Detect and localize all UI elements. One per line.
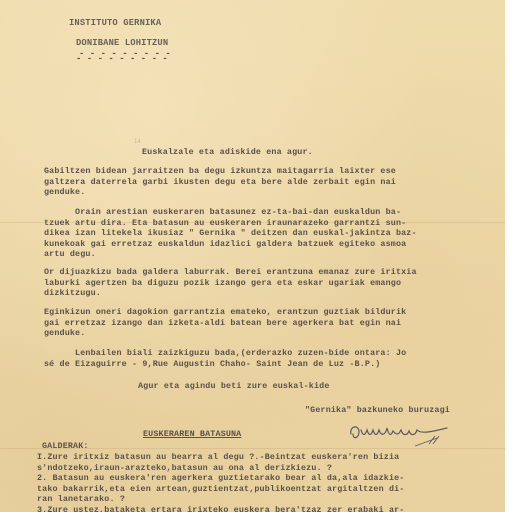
paragraph-line: Gabiltzen bidean jarraitzen ba degu izku… <box>44 166 396 177</box>
paragraph-line: Or dijuazkizu bada galdera laburrak. Ber… <box>44 267 417 278</box>
signature-title: "Gernika" bazkuneko buruzagi <box>305 405 450 416</box>
letterhead-institute: INSTITUTO GERNIKA <box>69 18 161 29</box>
paragraph-line: artu degu. <box>44 249 417 260</box>
paragraph-line: laburki agertzen ba diguzu pozik izango … <box>44 278 417 289</box>
question-line: 3.Zure ustez,bataketa ertara irixteko eu… <box>37 505 404 512</box>
question-line: tako bakarrik,eta eien artean,guztientza… <box>37 484 404 495</box>
question-line: ran lanetarako. ? <box>37 494 404 505</box>
question-line: 2. Batasun au euskera'ren agerkera guzti… <box>37 473 404 484</box>
questions-label: GALDERAK: <box>42 441 89 452</box>
paragraph-line: Eginkizun oneri dagokion garrantzia emat… <box>44 307 406 318</box>
section-title: EUSKERAREN BATASUNA <box>143 429 241 440</box>
paragraph-line: tzuek artu dira. Eta batasun au euskerar… <box>44 218 417 229</box>
paragraph-1: Gabiltzen bidean jarraitzen ba degu izku… <box>44 166 396 198</box>
paragraph-line: gai erretzaz izango dan izketa-aldi bate… <box>44 318 406 329</box>
paragraph-line: galtzera daterrela garbi ikusten degu et… <box>44 177 396 188</box>
paragraph-2: Orain arestian euskeraren batasunez ez-t… <box>44 207 417 260</box>
paragraph-4: Eginkizun oneri dagokion garrantzia emat… <box>44 307 406 339</box>
question-line: s'ndotzeko,iraun-arazteko,batasun au ona… <box>37 463 404 474</box>
paragraph-line: genduke. <box>44 187 396 198</box>
letterhead-city: DONIBANE LOHITZUN <box>76 38 168 49</box>
paragraph-line: dikea izan litekela ikusiaz " Gernika " … <box>44 228 417 239</box>
question-line: I.Zure iritxiz batasun au bearra al degu… <box>37 452 404 463</box>
paragraph-line: dizkitzugu. <box>44 288 417 299</box>
paragraph-line: Orain arestian euskeraren batasunez ez-t… <box>44 207 417 218</box>
closing-line: Agur eta agindu beti zure euskal-kide <box>138 381 330 392</box>
handwritten-signature <box>345 420 465 450</box>
paragraph-5: Lenbailen biali zaizkiguzu bada,(erderaz… <box>44 348 406 369</box>
paragraph-3: Or dijuazkizu bada galdera laburrak. Ber… <box>44 267 417 299</box>
paragraph-line: Lenbailen biali zaizkiguzu bada,(erderaz… <box>44 348 406 359</box>
paragraph-line: kunekoak gai erretzaz euskaldun idazlici… <box>44 239 417 250</box>
questions-list: I.Zure iritxiz batasun au bearra al degu… <box>37 452 404 512</box>
letterhead-underline: - - - - - - - - - <box>76 57 168 62</box>
document-page: INSTITUTO GERNIKA DONIBANE LOHITZUN - - … <box>0 0 505 512</box>
paragraph-line: genduke. <box>44 328 406 339</box>
faint-mark: 14 <box>134 139 141 145</box>
paragraph-line: sé de Eizaguirre - 9,Rue Augustin Chaho-… <box>44 359 406 370</box>
greeting: Euskalzale eta adiskide ena agur. <box>142 147 313 158</box>
